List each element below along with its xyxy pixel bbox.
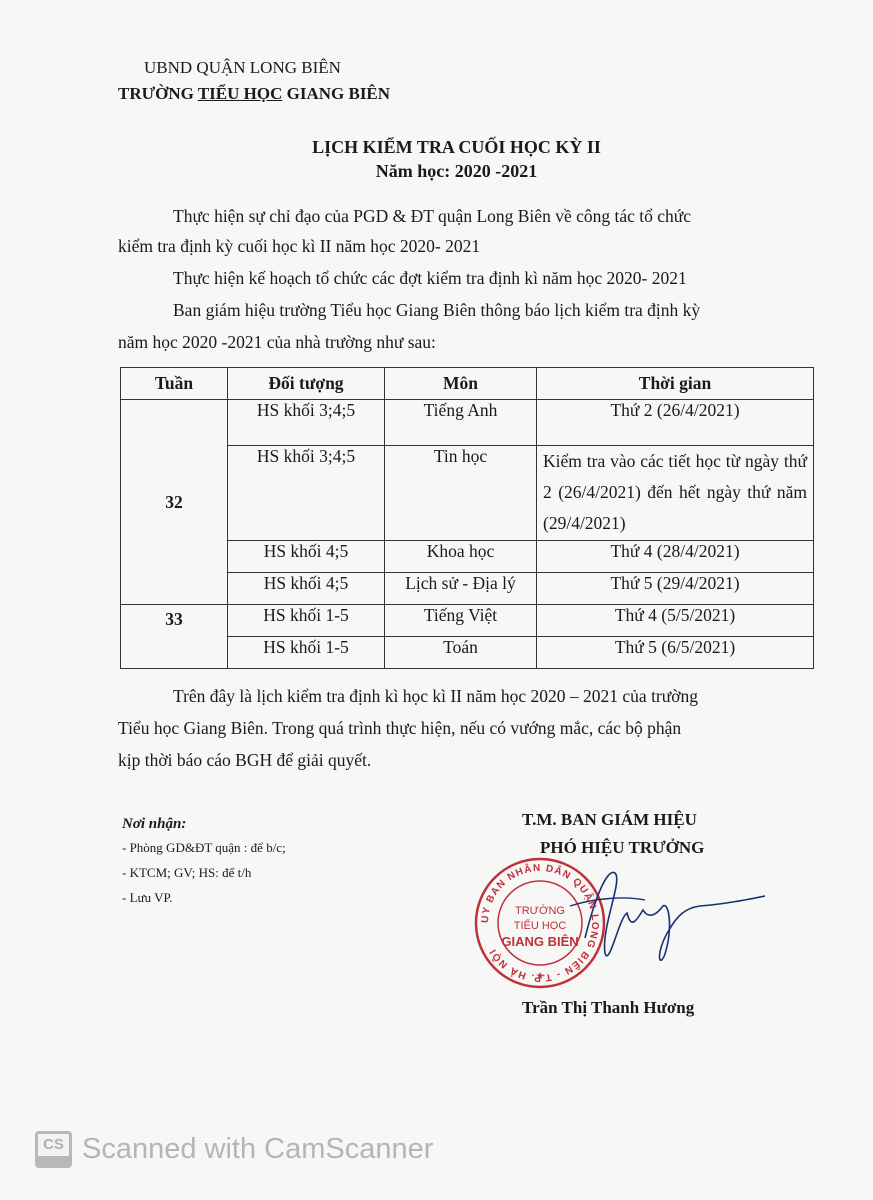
closing-line-1: Trên đây là lịch kiểm tra định kì học kì…	[173, 686, 698, 707]
document-title: LỊCH KIỂM TRA CUỐI HỌC KỲ II	[0, 137, 873, 158]
target-cell: HS khối 1-5	[228, 605, 385, 637]
header-subject: Môn	[385, 368, 537, 400]
subject-cell: Tin học	[385, 446, 537, 541]
svg-text:★: ★	[536, 971, 545, 982]
subject-cell: Lịch sử - Địa lý	[385, 573, 537, 605]
table-header-row: Tuần Đối tượng Môn Thời gian	[121, 368, 814, 400]
subject-cell: Toán	[385, 637, 537, 669]
recipient-item: - Phòng GD&ĐT quận : để b/c;	[122, 840, 286, 856]
schedule-table: Tuần Đối tượng Môn Thời gian 32 HS khối …	[120, 367, 814, 669]
table-row: 33 HS khối 1-5 Tiếng Việt Thứ 4 (5/5/202…	[121, 605, 814, 637]
authority-name: UBND QUẬN LONG BIÊN	[144, 58, 341, 78]
stamp-center-line: TIỂU HỌC	[514, 919, 567, 932]
stamp-center-line: TRƯỜNG	[515, 904, 565, 917]
target-cell: HS khối 1-5	[228, 637, 385, 669]
recipient-item: - Lưu VP.	[122, 890, 173, 906]
target-cell: HS khối 4;5	[228, 541, 385, 573]
intro-paragraph-2: Thực hiện kế hoạch tổ chức các đợt kiểm …	[173, 268, 687, 289]
document-subtitle: Năm học: 2020 -2021	[0, 161, 873, 182]
camscanner-text: Scanned with CamScanner	[82, 1133, 433, 1166]
camscanner-logo-icon: CS	[35, 1131, 72, 1168]
signature-title: T.M. BAN GIÁM HIỆU	[522, 810, 697, 830]
intro-paragraph-1-line-1: Thực hiện sự chỉ đạo của PGD & ĐT quận L…	[173, 206, 691, 227]
signature-position: PHÓ HIỆU TRƯỞNG	[540, 838, 704, 858]
intro-paragraph-1-line-2: kiểm tra định kỳ cuối học kì II năm học …	[118, 236, 480, 257]
target-cell: HS khối 3;4;5	[228, 446, 385, 541]
school-name: TRƯỜNG TIỂU HỌC GIANG BIÊN	[118, 84, 390, 104]
recipient-item: - KTCM; GV; HS: để t/h	[122, 865, 251, 881]
time-cell: Kiểm tra vào các tiết học từ ngày thứ 2 …	[537, 446, 814, 541]
header-time: Thời gian	[537, 368, 814, 400]
time-cell: Thứ 5 (6/5/2021)	[537, 637, 814, 669]
header-target: Đối tượng	[228, 368, 385, 400]
header-week: Tuần	[121, 368, 228, 400]
intro-paragraph-3-line-1: Ban giám hiệu trường Tiểu học Giang Biên…	[173, 300, 700, 321]
recipients-title: Nơi nhận:	[122, 816, 186, 833]
time-cell: Thứ 2 (26/4/2021)	[537, 400, 814, 446]
closing-line-3: kịp thời báo cáo BGH để giải quyết.	[118, 750, 371, 771]
week-cell: 32	[121, 400, 228, 605]
handwritten-signature-icon	[565, 858, 765, 978]
signer-name: Trần Thị Thanh Hương	[522, 998, 694, 1018]
subject-cell: Tiếng Việt	[385, 605, 537, 637]
school-name-suffix: GIANG BIÊN	[282, 84, 390, 103]
school-name-underlined: TIỂU HỌC	[198, 84, 283, 103]
time-cell: Thứ 4 (5/5/2021)	[537, 605, 814, 637]
intro-paragraph-3-line-2: năm học 2020 -2021 của nhà trường như sa…	[118, 332, 436, 353]
target-cell: HS khối 4;5	[228, 573, 385, 605]
camscanner-watermark: CS Scanned with CamScanner	[35, 1131, 433, 1168]
subject-cell: Tiếng Anh	[385, 400, 537, 446]
time-cell: Thứ 4 (28/4/2021)	[537, 541, 814, 573]
table-row: 32 HS khối 3;4;5 Tiếng Anh Thứ 2 (26/4/2…	[121, 400, 814, 446]
subject-cell: Khoa học	[385, 541, 537, 573]
closing-line-2: Tiểu học Giang Biên. Trong quá trình thự…	[118, 718, 681, 739]
target-cell: HS khối 3;4;5	[228, 400, 385, 446]
week-cell: 33	[121, 605, 228, 669]
time-cell: Thứ 5 (29/4/2021)	[537, 573, 814, 605]
school-name-prefix: TRƯỜNG	[118, 84, 198, 103]
